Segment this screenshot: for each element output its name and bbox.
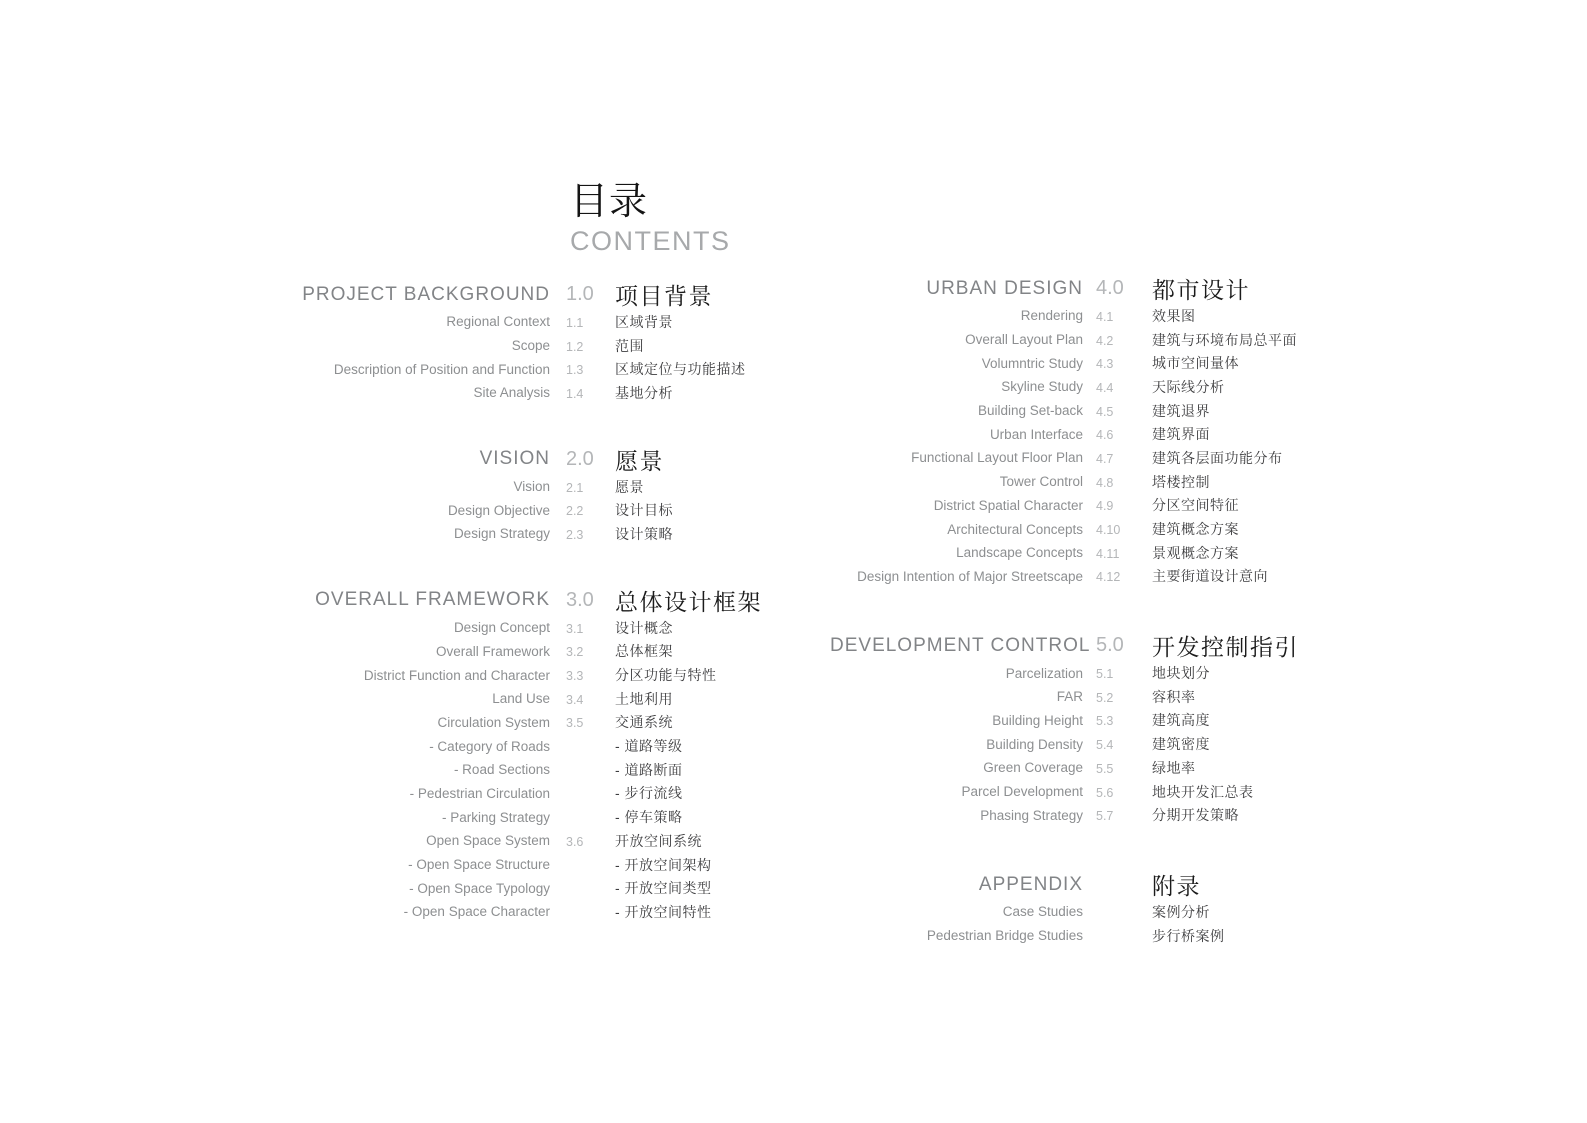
section-header-cn: 开发控制指引 [1152,629,1320,662]
toc-item-title-cn: 基地分析 [615,383,760,403]
toc-item-number: 5.6 [1083,786,1152,800]
toc-item-title-cn: 塔楼控制 [1152,472,1320,492]
toc-item-title-en: FAR [830,689,1083,704]
section-overall-framework: OVERALL FRAMEWORK 3.0 总体设计框架 Design Conc… [280,584,760,924]
toc-item-number: 2.1 [550,481,615,495]
toc-item-title-cn: 设计概念 [615,618,760,638]
toc-item-number: 4.4 [1083,381,1152,395]
toc-item-title-en: Design Objective [280,503,550,518]
toc-item-number: 4.5 [1083,405,1152,419]
toc-item: Description of Position and Function 1.3… [280,357,760,381]
toc-item-number: 3.1 [550,622,615,636]
toc-item-title-en: - Open Space Structure [280,857,550,872]
toc-item-number: 5.7 [1083,809,1152,823]
toc-item-title-en: District Function and Character [280,668,550,683]
toc-item: Building Height 5.3 建筑高度 [830,709,1320,733]
toc-item-title-cn: - 道路断面 [615,760,760,780]
toc-item: FAR 5.2 容积率 [830,685,1320,709]
toc-item: Landscape Concepts 4.11 景观概念方案 [830,541,1320,565]
toc-item-title-en: Volumntric Study [830,356,1083,371]
toc-item-title-en: - Parking Strategy [280,810,550,825]
section-header-cn: 附录 [1152,868,1320,901]
toc-item-title-cn: 案例分析 [1152,902,1320,922]
toc-item-title-cn: 土地利用 [615,689,760,709]
toc-item-title-cn: 容积率 [1152,687,1320,707]
toc-item-number: 2.2 [550,504,615,518]
section-urban-design: URBAN DESIGN 4.0 都市设计 Rendering 4.1 效果图 … [830,272,1320,588]
toc-item-title-cn: 效果图 [1152,306,1320,326]
toc-item: Parcelization 5.1 地块划分 [830,661,1320,685]
toc-item-title-cn: 建筑各层面功能分布 [1152,448,1320,468]
toc-item: Rendering 4.1 效果图 [830,304,1320,328]
toc-item-title-cn: 主要街道设计意向 [1152,566,1320,586]
toc-item-title-cn: - 步行流线 [615,783,760,803]
toc-item: Phasing Strategy 5.7 分期开发策略 [830,803,1320,827]
toc-item: Land Use 3.4 土地利用 [280,687,760,711]
toc-item-title-en: Description of Position and Function [280,362,550,377]
toc-item-title-en: Design Concept [280,620,550,635]
section-header-cn: 总体设计框架 [615,584,762,617]
toc-item-title-en: Phasing Strategy [830,808,1083,823]
toc-item-title-en: Building Height [830,713,1083,728]
toc-item-number: 5.3 [1083,714,1152,728]
toc-item-title-en: Scope [280,338,550,353]
toc-item: Design Intention of Major Streetscape 4.… [830,565,1320,589]
section-header-number: 2.0 [550,448,615,471]
toc-item-title-cn: 区域背景 [615,312,760,332]
toc-item: Case Studies 案例分析 [830,900,1320,924]
toc-item-number: 2.3 [550,528,615,542]
section-vision: VISION 2.0 愿景 Vision 2.1 愿景 Design Objec… [280,443,760,546]
section-project-background: PROJECT BACKGROUND 1.0 项目背景 Regional Con… [280,278,760,405]
toc-item: Overall Layout Plan 4.2 建筑与环境布局总平面 [830,328,1320,352]
toc-item-title-en: - Road Sections [280,762,550,777]
toc-item-number: 4.11 [1083,547,1152,561]
toc-item: - Road Sections - 道路断面 [280,758,760,782]
toc-item-number: 4.2 [1083,334,1152,348]
section-items: Parcelization 5.1 地块划分 FAR 5.2 容积率 Build… [830,661,1320,827]
toc-item: Green Coverage 5.5 绿地率 [830,756,1320,780]
toc-item: Architectural Concepts 4.10 建筑概念方案 [830,517,1320,541]
toc-item-number: 4.1 [1083,310,1152,324]
section-header-en: PROJECT BACKGROUND [280,284,550,306]
toc-item-number: 1.3 [550,363,615,377]
toc-item-number: 3.5 [550,716,615,730]
section-header: OVERALL FRAMEWORK 3.0 总体设计框架 [280,584,760,616]
toc-item-number: 1.2 [550,340,615,354]
toc-item-number: 1.4 [550,387,615,401]
section-header: URBAN DESIGN 4.0 都市设计 [830,272,1320,304]
toc-item: - Parking Strategy - 停车策略 [280,805,760,829]
toc-item: District Spatial Character 4.9 分区空间特征 [830,494,1320,518]
toc-item-title-cn: - 停车策略 [615,807,760,827]
toc-item: Circulation System 3.5 交通系统 [280,711,760,735]
toc-item: Volumntric Study 4.3 城市空间量体 [830,351,1320,375]
toc-title-chinese: 目录 [570,182,731,224]
toc-item-title-cn: 城市空间量体 [1152,353,1320,373]
toc-item-title-cn: - 开放空间架构 [615,855,760,875]
toc-item: Tower Control 4.8 塔楼控制 [830,470,1320,494]
toc-item-title-en: Circulation System [280,715,550,730]
toc-item-title-cn: 设计目标 [615,500,760,520]
section-header-number: 3.0 [550,589,615,612]
toc-item-title-en: Architectural Concepts [830,522,1083,537]
section-header: DEVELOPMENT CONTROL 5.0 开发控制指引 [830,629,1320,661]
toc-item: Functional Layout Floor Plan 4.7 建筑各层面功能… [830,446,1320,470]
toc-item-title-en: Case Studies [830,904,1083,919]
toc-item: Vision 2.1 愿景 [280,475,760,499]
toc-item: Parcel Development 5.6 地块开发汇总表 [830,780,1320,804]
toc-item-title-cn: 分期开发策略 [1152,805,1320,825]
section-header: APPENDIX 附录 [830,868,1320,900]
toc-item-title-en: Rendering [830,308,1083,323]
toc-item-number: 3.6 [550,835,615,849]
toc-item-number: 4.3 [1083,357,1152,371]
section-items: Vision 2.1 愿景 Design Objective 2.2 设计目标 … [280,475,760,546]
toc-item-title-cn: 建筑与环境布局总平面 [1152,330,1320,350]
toc-item: - Category of Roads - 道路等级 [280,734,760,758]
toc-item-title-en: Tower Control [830,474,1083,489]
toc-item-title-en: - Category of Roads [280,739,550,754]
toc-page: 目录 CONTENTS PROJECT BACKGROUND 1.0 项目背景 … [0,0,1587,1123]
section-header: VISION 2.0 愿景 [280,443,760,475]
toc-item: Overall Framework 3.2 总体框架 [280,640,760,664]
toc-item-title-cn: 建筑退界 [1152,401,1320,421]
toc-item-title-en: Building Density [830,737,1083,752]
section-header-cn: 都市设计 [1152,272,1320,305]
toc-item-number: 4.12 [1083,570,1152,584]
toc-item-number: 3.4 [550,693,615,707]
toc-item-title-en: Skyline Study [830,379,1083,394]
toc-item: Open Space System 3.6 开放空间系统 [280,829,760,853]
toc-item: Pedestrian Bridge Studies 步行桥案例 [830,924,1320,948]
toc-item-title-en: Parcel Development [830,784,1083,799]
section-items: Regional Context 1.1 区域背景 Scope 1.2 范围 D… [280,310,760,405]
toc-item-title-cn: 建筑密度 [1152,734,1320,754]
section-header-cn: 项目背景 [615,278,760,311]
toc-item-title-en: - Open Space Typology [280,881,550,896]
toc-item-title-cn: 景观概念方案 [1152,543,1320,563]
toc-item-title-en: Regional Context [280,314,550,329]
section-header: PROJECT BACKGROUND 1.0 项目背景 [280,278,760,310]
toc-item-title-en: Functional Layout Floor Plan [830,450,1083,465]
toc-item-number: 5.1 [1083,667,1152,681]
toc-item-title-cn: 设计策略 [615,524,760,544]
toc-item-number: 3.3 [550,669,615,683]
toc-item-number: 5.4 [1083,738,1152,752]
toc-title-block: 目录 CONTENTS [570,182,731,257]
toc-item-title-cn: 天际线分析 [1152,377,1320,397]
toc-item-title-en: Vision [280,479,550,494]
toc-item: Building Density 5.4 建筑密度 [830,732,1320,756]
toc-item-title-en: Building Set-back [830,403,1083,418]
toc-item-title-cn: 绿地率 [1152,758,1320,778]
section-header-en: URBAN DESIGN [830,278,1083,300]
toc-item-number: 5.5 [1083,762,1152,776]
toc-item-title-en: Land Use [280,691,550,706]
toc-item-title-en: District Spatial Character [830,498,1083,513]
toc-item-number: 1.1 [550,316,615,330]
section-items: Design Concept 3.1 设计概念 Overall Framewor… [280,616,760,924]
toc-item-title-en: Green Coverage [830,760,1083,775]
toc-item: Design Strategy 2.3 设计策略 [280,522,760,546]
toc-item-number: 4.7 [1083,452,1152,466]
section-appendix: APPENDIX 附录 Case Studies 案例分析 Pedestrian… [830,868,1320,947]
toc-item: Design Concept 3.1 设计概念 [280,616,760,640]
toc-item-title-en: Design Intention of Major Streetscape [830,569,1083,584]
toc-item: Regional Context 1.1 区域背景 [280,310,760,334]
toc-item: - Open Space Typology - 开放空间类型 [280,876,760,900]
section-header-en: VISION [280,448,550,470]
toc-item-title-cn: 交通系统 [615,712,760,732]
toc-item: District Function and Character 3.3 分区功能… [280,663,760,687]
toc-item-title-cn: 地块划分 [1152,663,1320,683]
toc-title-english: CONTENTS [570,226,731,257]
toc-item: - Open Space Structure - 开放空间架构 [280,853,760,877]
section-header-en: DEVELOPMENT CONTROL [830,635,1083,657]
toc-item-title-cn: 建筑高度 [1152,710,1320,730]
toc-item: - Pedestrian Circulation - 步行流线 [280,782,760,806]
toc-item-title-en: - Pedestrian Circulation [280,786,550,801]
section-header-en: OVERALL FRAMEWORK [280,589,550,611]
toc-item: - Open Space Character - 开放空间特性 [280,900,760,924]
toc-item-title-en: Urban Interface [830,427,1083,442]
toc-item-title-cn: - 开放空间特性 [615,902,760,922]
toc-item-title-cn: - 道路等级 [615,736,760,756]
toc-item: Building Set-back 4.5 建筑退界 [830,399,1320,423]
toc-item-title-en: Landscape Concepts [830,545,1083,560]
toc-item-number: 4.9 [1083,499,1152,513]
toc-item: Site Analysis 1.4 基地分析 [280,381,760,405]
toc-item-number: 3.2 [550,645,615,659]
section-items: Case Studies 案例分析 Pedestrian Bridge Stud… [830,900,1320,947]
toc-item-title-en: Site Analysis [280,385,550,400]
toc-item-title-cn: 建筑概念方案 [1152,519,1320,539]
toc-item-title-en: - Open Space Character [280,904,550,919]
toc-item-title-en: Open Space System [280,833,550,848]
section-development-control: DEVELOPMENT CONTROL 5.0 开发控制指引 Parceliza… [830,629,1320,827]
toc-item-title-cn: 开放空间系统 [615,831,760,851]
toc-item: Design Objective 2.2 设计目标 [280,498,760,522]
section-header-number: 5.0 [1083,634,1152,657]
toc-item-title-cn: 步行桥案例 [1152,926,1320,946]
section-header-number: 1.0 [550,283,615,306]
section-items: Rendering 4.1 效果图 Overall Layout Plan 4.… [830,304,1320,588]
toc-item-title-en: Design Strategy [280,526,550,541]
toc-item: Urban Interface 4.6 建筑界面 [830,422,1320,446]
toc-item: Scope 1.2 范围 [280,334,760,358]
toc-item-title-cn: 范围 [615,336,760,356]
toc-item-title-en: Pedestrian Bridge Studies [830,928,1083,943]
toc-item-title-cn: 建筑界面 [1152,424,1320,444]
toc-item-title-cn: 分区功能与特性 [615,665,760,685]
toc-column-right: URBAN DESIGN 4.0 都市设计 Rendering 4.1 效果图 … [830,272,1320,947]
toc-item-title-en: Overall Layout Plan [830,332,1083,347]
toc-item: Skyline Study 4.4 天际线分析 [830,375,1320,399]
section-header-number: 4.0 [1083,277,1152,300]
toc-item-title-en: Overall Framework [280,644,550,659]
toc-item-number: 4.8 [1083,476,1152,490]
section-header-en: APPENDIX [830,874,1083,896]
toc-item-title-cn: 地块开发汇总表 [1152,782,1320,802]
toc-column-left: PROJECT BACKGROUND 1.0 项目背景 Regional Con… [280,278,760,924]
toc-item-title-en: Parcelization [830,666,1083,681]
toc-item-title-cn: 分区空间特征 [1152,495,1320,515]
toc-item-number: 5.2 [1083,691,1152,705]
toc-item-title-cn: - 开放空间类型 [615,878,760,898]
toc-item-title-cn: 区域定位与功能描述 [615,359,760,379]
toc-item-number: 4.10 [1083,523,1152,537]
section-header-cn: 愿景 [615,443,760,476]
toc-item-title-cn: 总体框架 [615,641,760,661]
toc-item-number: 4.6 [1083,428,1152,442]
toc-item-title-cn: 愿景 [615,477,760,497]
